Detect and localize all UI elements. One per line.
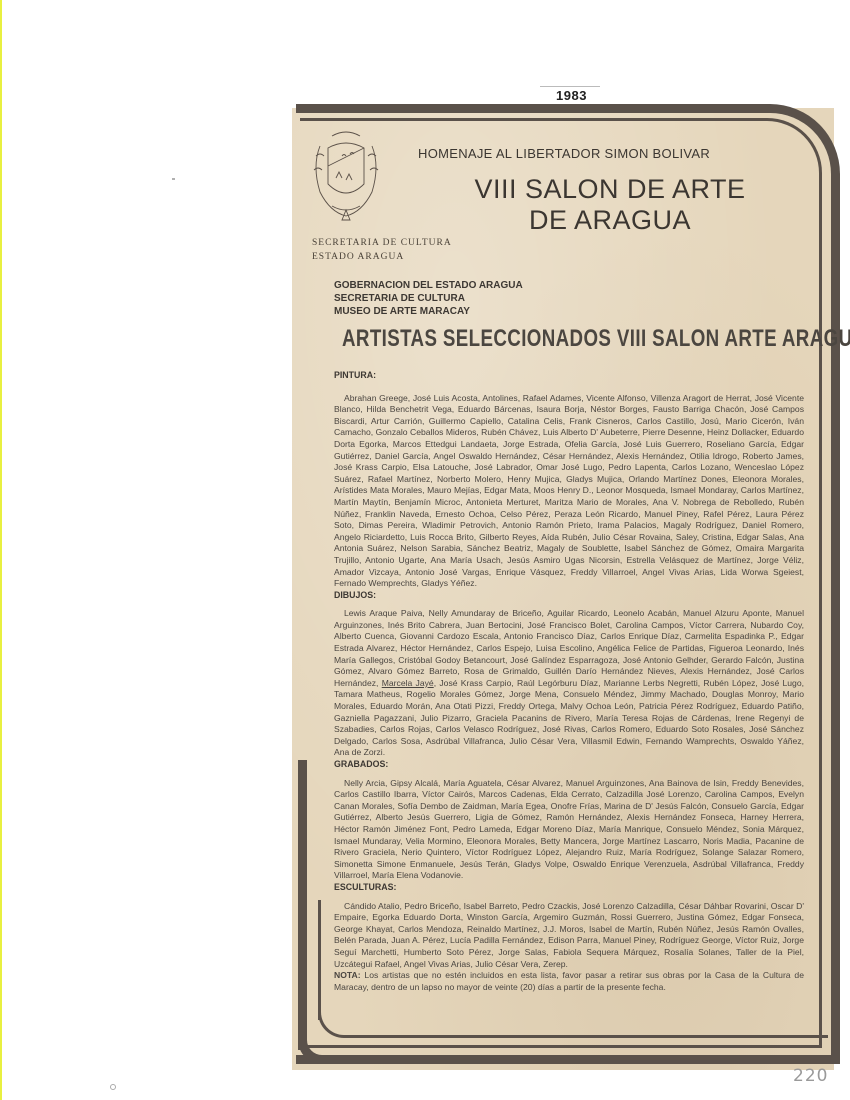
organizers-block: GOBERNACION DEL ESTADO ARAGUA SECRETARIA…	[334, 279, 523, 318]
section-body-esculturas: Cándido Atalio, Pedro Briceño, Isabel Ba…	[334, 901, 804, 971]
scan-speck	[172, 178, 175, 180]
section-body-pintura: Abrahan Greege, José Luis Acosta, Antoli…	[334, 393, 804, 590]
salon-title-line-1: VIII SALON DE ARTE	[470, 174, 750, 205]
handwritten-page-number: 220	[793, 1066, 828, 1086]
section-heading-esculturas: ESCULTURAS:	[334, 882, 804, 894]
homenaje-heading: HOMENAJE AL LIBERTADOR SIMON BOLIVAR	[418, 146, 710, 161]
main-title: ARTISTAS SELECCIONADOS VIII SALON ARTE A…	[342, 325, 850, 353]
section-heading-grabados: GRABADOS:	[334, 759, 804, 771]
secretaria-line-1: SECRETARIA DE CULTURA	[312, 236, 452, 250]
organizer-line: MUSEO DE ARTE MARACAY	[334, 305, 523, 318]
salon-title-line-2: DE ARAGUA	[470, 205, 750, 236]
nota-label: NOTA:	[334, 970, 361, 980]
scan-edge	[0, 0, 2, 1100]
underlined-artist-name: Marcela Jayé	[382, 678, 434, 688]
salon-title: VIII SALON DE ARTE DE ARAGUA	[470, 174, 750, 236]
section-heading-dibujos: DIBUJOS:	[334, 590, 804, 602]
clipping-frame-bottom-inner	[318, 1012, 828, 1038]
section-heading-pintura: PINTURA:	[334, 370, 804, 382]
section-body-dibujos: Lewis Araque Paiva, Nelly Amundaray de B…	[334, 608, 804, 759]
artist-list: PINTURA: Abrahan Greege, José Luis Acost…	[334, 370, 804, 993]
coat-of-arms-icon	[302, 126, 390, 230]
organizer-line: SECRETARIA DE CULTURA	[334, 292, 523, 305]
nota-text: Los artistas que no estén incluidos en e…	[334, 970, 804, 992]
scan-speck	[110, 1084, 116, 1090]
organizer-line: GOBERNACION DEL ESTADO ARAGUA	[334, 279, 523, 292]
year-label: 1983	[556, 88, 587, 103]
year-rule	[540, 86, 600, 87]
clipping-frame-left	[298, 760, 307, 1050]
nota-paragraph: NOTA: Los artistas que no estén incluido…	[334, 970, 804, 993]
secretaria-label: SECRETARIA DE CULTURA ESTADO ARAGUA	[312, 236, 452, 264]
secretaria-line-2: ESTADO ARAGUA	[312, 250, 452, 264]
clipping-frame-bottom	[298, 1040, 838, 1064]
dibujos-text: Lewis Araque Paiva, Nelly Amundaray de B…	[334, 608, 804, 688]
clipping-frame-left-inner	[318, 900, 321, 1020]
dibujos-text: , José Krass Carpio, Raúl Legórburu Díaz…	[334, 678, 804, 758]
section-body-grabados: Nelly Arcia, Gipsy Alcalá, María Aguatel…	[334, 778, 804, 882]
